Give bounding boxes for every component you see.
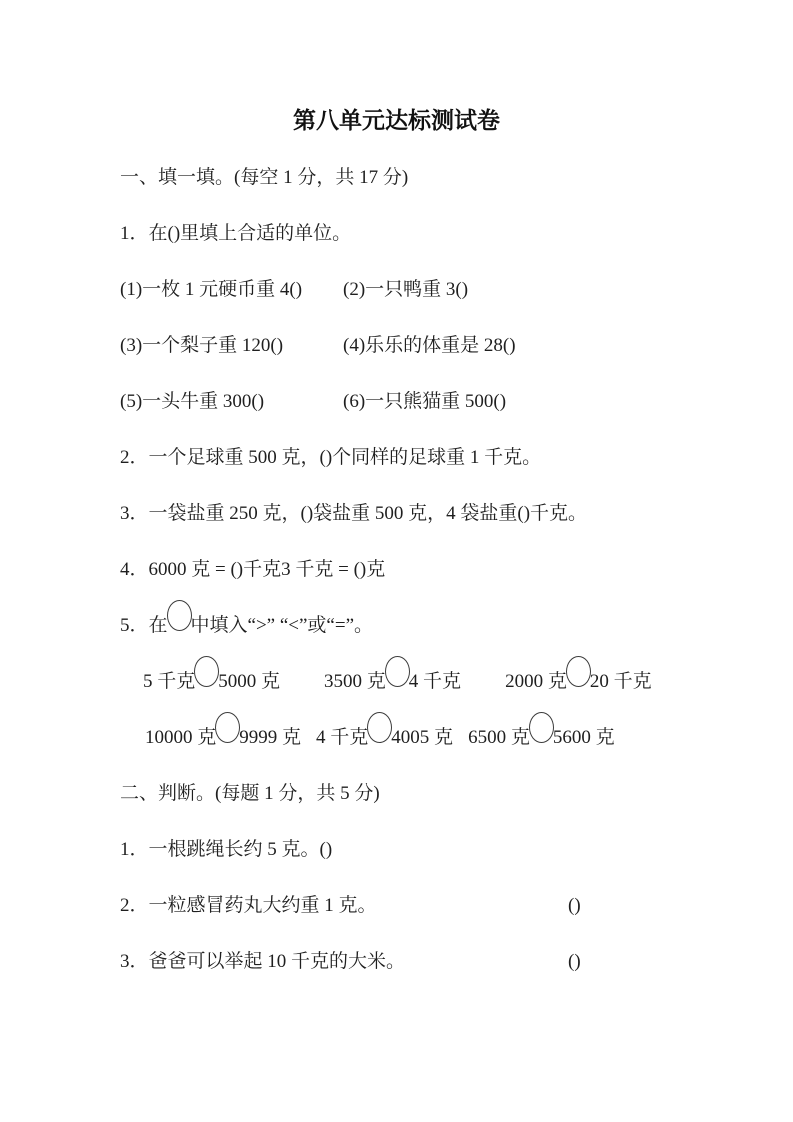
- question-3: 3．一袋盐重 250 克，()袋盐重 500 克，4 袋盐重()千克。: [120, 486, 703, 542]
- comparison-row-2: 10000 克9999 克 4 千克4005 克 6500 克5600 克: [145, 710, 703, 766]
- answer-blank: (): [568, 878, 581, 934]
- comparison-right-value: 4005 克: [391, 727, 453, 748]
- comparison-circle-icon: [566, 656, 591, 687]
- comparison-right-value: 5000 克: [218, 671, 280, 692]
- comparison-right-value: 20 千克: [590, 671, 652, 692]
- fill-item-4: (4)乐乐的体重是 28(): [343, 318, 703, 374]
- question-5-pre: 5．在: [120, 615, 168, 636]
- comparison-circle-icon: [385, 656, 410, 687]
- comparison-item: 3500 克4 千克: [324, 654, 461, 710]
- comparison-right-value: 9999 克: [239, 727, 301, 748]
- judge-item-text: 1．一根跳绳长约 5 克。(): [120, 839, 332, 860]
- fill-row-3: (5)一头牛重 300() (6)一只熊猫重 500(): [120, 374, 703, 430]
- fill-item-6: (6)一只熊猫重 500(): [343, 374, 703, 430]
- comparison-circle-icon: [215, 712, 240, 743]
- comparison-left-value: 5 千克: [143, 671, 195, 692]
- comparison-right-value: 4 千克: [409, 671, 461, 692]
- comparison-right-value: 5600 克: [553, 727, 615, 748]
- question-2: 2．一个足球重 500 克，()个同样的足球重 1 千克。: [120, 430, 703, 486]
- fill-item-3: (3)一个梨子重 120(): [120, 318, 343, 374]
- comparison-left-value: 3500 克: [324, 671, 386, 692]
- comparison-left-value: 2000 克: [505, 671, 567, 692]
- question-5-post: 中填入“>” “<”或“=”。: [191, 615, 374, 636]
- question-5: 5．在中填入“>” “<”或“=”。: [120, 598, 703, 654]
- question-1-stem: 1．在()里填上合适的单位。: [120, 206, 703, 262]
- comparison-item: 4 千克4005 克: [316, 710, 453, 766]
- comparison-left-value: 10000 克: [145, 727, 216, 748]
- section-one-heading: 一、填一填。(每空 1 分，共 17 分): [120, 150, 703, 206]
- comparison-left-value: 6500 克: [468, 727, 530, 748]
- test-paper-page: 第八单元达标测试卷 一、填一填。(每空 1 分，共 17 分) 1．在()里填上…: [0, 0, 793, 1122]
- comparison-item: 5 千克5000 克: [143, 654, 280, 710]
- comparison-circle-icon: [194, 656, 219, 687]
- comparison-circle-icon: [367, 712, 392, 743]
- fill-row-1: (1)一枚 1 元硬币重 4() (2)一只鸭重 3(): [120, 262, 703, 318]
- section-two-heading: 二、判断。(每题 1 分，共 5 分): [120, 766, 703, 822]
- judge-item-1: 1．一根跳绳长约 5 克。(): [120, 822, 703, 878]
- paper-content: 一、填一填。(每空 1 分，共 17 分) 1．在()里填上合适的单位。 (1)…: [120, 150, 703, 990]
- page-title: 第八单元达标测试卷: [0, 0, 793, 136]
- comparison-circle-icon: [167, 600, 192, 631]
- judge-item-2: 2．一粒感冒药丸大约重 1 克。 (): [120, 878, 703, 934]
- fill-item-1: (1)一枚 1 元硬币重 4(): [120, 262, 343, 318]
- fill-item-5: (5)一头牛重 300(): [120, 374, 343, 430]
- fill-row-2: (3)一个梨子重 120() (4)乐乐的体重是 28(): [120, 318, 703, 374]
- question-4: 4．6000 克 = ()千克3 千克 = ()克: [120, 542, 703, 598]
- fill-item-2: (2)一只鸭重 3(): [343, 262, 703, 318]
- comparison-item: 2000 克20 千克: [505, 654, 652, 710]
- comparison-row-1: 5 千克5000 克 3500 克4 千克 2000 克20 千克: [143, 654, 703, 710]
- answer-blank: (): [568, 934, 581, 990]
- judge-item-3: 3．爸爸可以举起 10 千克的大米。 (): [120, 934, 703, 990]
- judge-item-text: 3．爸爸可以举起 10 千克的大米。: [120, 951, 405, 972]
- comparison-item: 6500 克5600 克: [468, 710, 615, 766]
- comparison-circle-icon: [529, 712, 554, 743]
- comparison-left-value: 4 千克: [316, 727, 368, 748]
- judge-item-text: 2．一粒感冒药丸大约重 1 克。: [120, 895, 377, 916]
- comparison-item: 10000 克9999 克: [145, 710, 301, 766]
